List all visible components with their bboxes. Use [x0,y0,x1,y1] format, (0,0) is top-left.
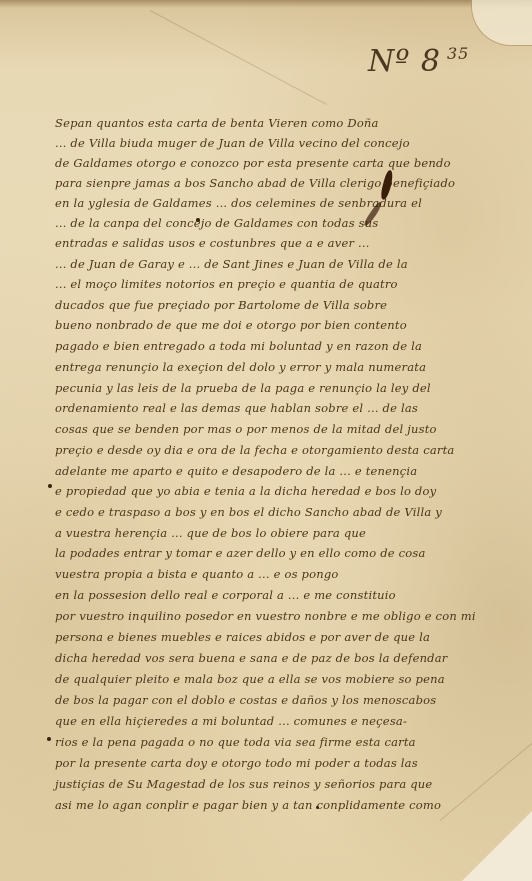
text-line: e propiedad que yo abia e tenia a la dic… [55,484,436,498]
text-line: asi me lo agan conplir e pagar bien y a … [55,798,441,812]
text-line: e cedo e traspaso a bos y en bos el dich… [55,505,442,519]
text-line: en la possesion dello real e corporal a … [55,588,396,602]
manuscript-page: Nº 835 Sepan quantos esta carta de benta… [0,0,532,881]
text-line: ordenamiento real e las demas que hablan… [55,401,418,415]
text-line: que en ella hiçieredes a mi boluntad ...… [55,714,407,728]
text-line: la podades entrar y tomar e azer dello y… [55,546,426,560]
text-line: ... de la canpa del concejo de Galdames … [55,216,378,230]
ink-dot [196,218,200,222]
text-line: adelante me aparto e quito e desapodero … [55,464,417,478]
text-line: ducados que fue preçiado por Bartolome d… [55,298,387,312]
text-line: bueno nonbrado de que me doi e otorgo po… [55,318,407,332]
crease-line [440,743,532,821]
crease-line [150,10,327,105]
text-line: entradas e salidas usos e costunbres que… [55,236,370,250]
text-line: Sepan quantos esta carta de benta Vieren… [55,116,379,130]
ink-dot [48,484,52,488]
text-line: justiçias de Su Magestad de los sus rein… [55,777,432,791]
text-line: rios e la pena pagada o no que toda via … [55,735,416,749]
text-line: de Galdames otorgo e conozco por esta pr… [55,156,451,170]
text-line: de bos la pagar con el doblo e costas e … [55,693,436,707]
folio-number: Nº 835 [368,44,469,79]
folio-sub: 35 [447,44,469,63]
text-line: para sienpre jamas a bos Sancho abad de … [55,176,455,190]
ink-dot [316,806,319,809]
text-line: pecunia y las leis de la prueba de la pa… [55,381,431,395]
text-line: dicha heredad vos sera buena e sana e de… [55,651,448,665]
folded-corner-top-right [471,0,532,46]
page-edge-shadow [0,0,532,8]
ink-dot [47,737,51,741]
text-line: preçio e desde oy dia e ora de la fecha … [55,443,454,457]
text-line: persona e bienes muebles e raices abidos… [55,630,430,644]
torn-corner-bottom-right [462,811,532,881]
text-line: cosas que se benden por mas o por menos … [55,422,437,436]
text-line: de qualquier pleito e mala boz que a ell… [55,672,445,686]
text-line: a vuestra herençia ... que de bos lo obi… [55,526,366,540]
text-line: ... de Villa biuda muger de Juan de Vill… [55,136,410,150]
folio-main: Nº 8 [368,44,441,79]
text-line: entrega renunçio la exeçion del dolo y e… [55,360,426,374]
text-line: ... el moço limites notorios en preçio e… [55,277,398,291]
text-line: en la yglesia de Galdames ... dos celemi… [55,196,422,210]
text-line: vuestra propia a bista e quanto a ... e … [55,567,339,581]
text-line: por la presente carta doy e otorgo todo … [55,756,418,770]
text-line: ... de Juan de Garay e ... de Sant Jines… [55,257,408,271]
text-line: por vuestro inquilino posedor en vuestro… [55,609,476,623]
text-line: pagado e bien entregado a toda mi bolunt… [55,339,422,353]
